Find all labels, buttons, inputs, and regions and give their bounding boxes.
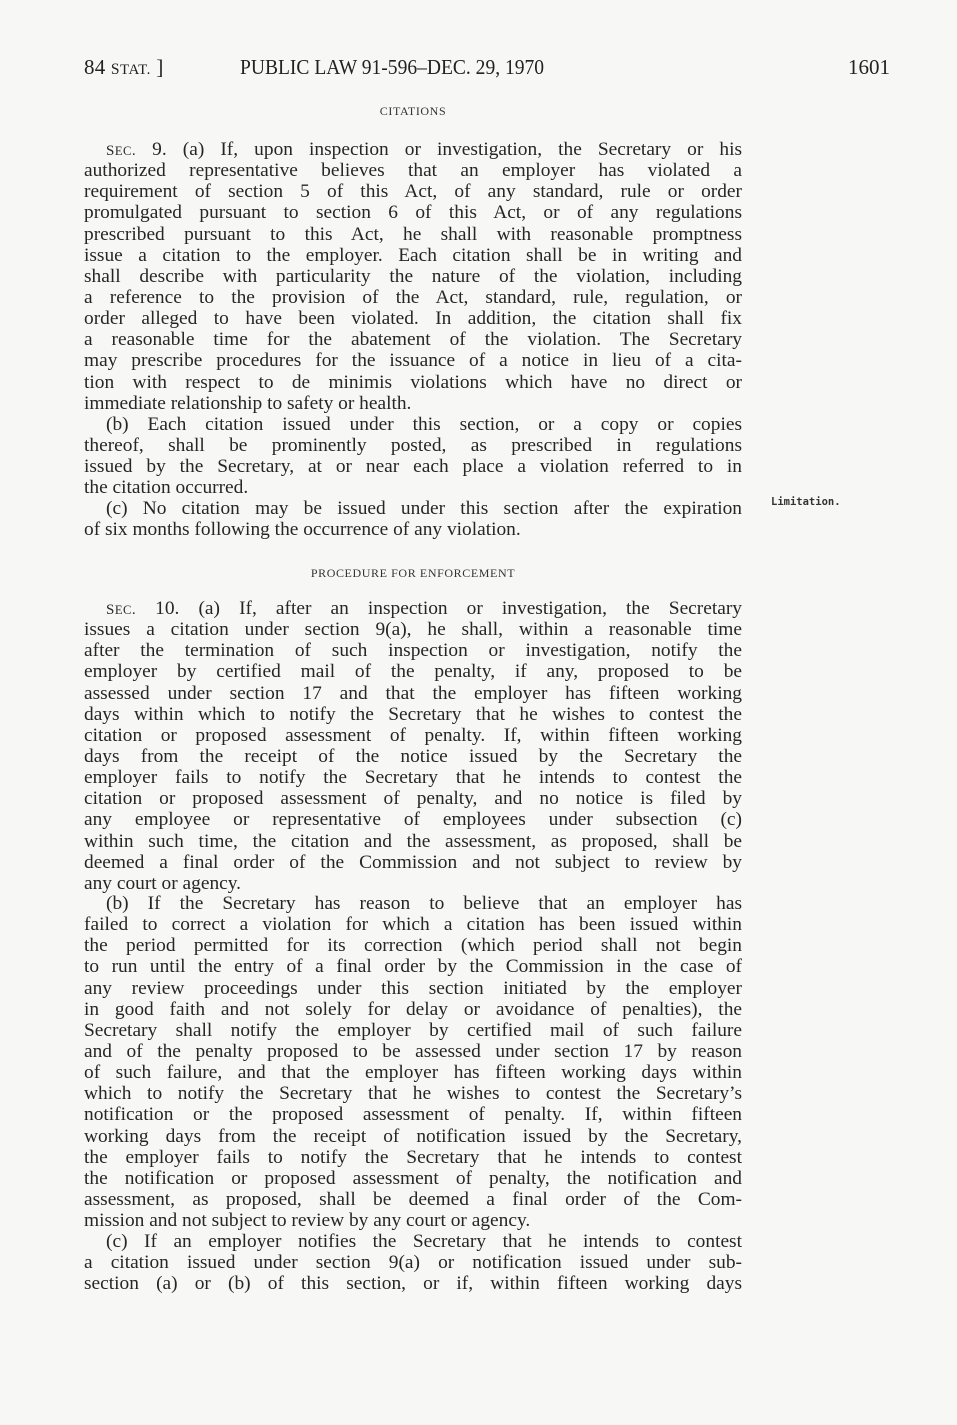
text-line: SEC. 10. (a) If, after an inspection or …: [84, 598, 742, 619]
text-line: thereof, shall be prominently posted, as…: [84, 435, 742, 456]
text-line: a citation issued under section 9(a) or …: [84, 1252, 742, 1273]
text-line: (b) If the Secretary has reason to belie…: [84, 893, 742, 914]
text-line: shall describe with particularity the na…: [84, 266, 742, 287]
text-line: after the termination of such inspection…: [84, 640, 742, 661]
section-10-paragraph-b: (b) If the Secretary has reason to belie…: [84, 893, 742, 1231]
text-line: notification or the proposed assessment …: [84, 1104, 742, 1125]
statute-abbrev: STAT.: [111, 61, 151, 78]
text-line: days from the receipt of the notice issu…: [84, 746, 742, 767]
section-heading-citations: CITATIONS: [84, 104, 742, 119]
section-9-paragraph-a: SEC. 9. (a) If, upon inspection or inves…: [84, 139, 742, 414]
text-line: any court or agency.: [84, 873, 742, 894]
text-line: deemed a final order of the Commission a…: [84, 852, 742, 873]
text-line: section (a) or (b) of this section, or i…: [84, 1273, 742, 1294]
text-line: employer by certified mail of the penalt…: [84, 661, 742, 682]
law-title: PUBLIC LAW 91-596–DEC. 29, 1970: [240, 55, 544, 80]
text-line: assessed under section 17 and that the e…: [84, 683, 742, 704]
text-line: the period permitted for its correction …: [84, 935, 742, 956]
text-line: authorized representative believes that …: [84, 160, 742, 181]
text-line: Secretary shall notify the employer by c…: [84, 1020, 742, 1041]
text-line: SEC. 9. (a) If, upon inspection or inves…: [84, 139, 742, 160]
text-line: the citation occurred.: [84, 477, 742, 498]
text-line: in good faith and not solely for delay o…: [84, 999, 742, 1020]
text-line: a reference to the provision of the Act,…: [84, 287, 742, 308]
text-line: issue a citation to the employer. Each c…: [84, 245, 742, 266]
running-header: 84 STAT. ] PUBLIC LAW 91-596–DEC. 29, 19…: [84, 55, 892, 85]
text-line: and of the penalty proposed to be assess…: [84, 1041, 742, 1062]
volume-number: 84: [84, 55, 105, 79]
text-line: issued by the Secretary, at or near each…: [84, 456, 742, 477]
text-line: order alleged to have been violated. In …: [84, 308, 742, 329]
text-line: (c) If an employer notifies the Secretar…: [84, 1231, 742, 1252]
text-line: employer fails to notify the Secretary t…: [84, 767, 742, 788]
text-line: the notification or proposed assessment …: [84, 1168, 742, 1189]
text-line: issues a citation under section 9(a), he…: [84, 619, 742, 640]
text-line: working days from the receipt of notific…: [84, 1126, 742, 1147]
text-line: assessment, as proposed, shall be deemed…: [84, 1189, 742, 1210]
statute-reference: 84 STAT. ]: [84, 55, 164, 80]
text-line: mission and not subject to review by any…: [84, 1210, 742, 1231]
text-line: of six months following the occurrence o…: [84, 519, 742, 540]
text-line: to run until the entry of a final order …: [84, 956, 742, 977]
text-line: prescribed pursuant to this Act, he shal…: [84, 224, 742, 245]
section-heading-procedure-for-enforcement: PROCEDURE FOR ENFORCEMENT: [84, 566, 742, 581]
text-line: (b) Each citation issued under this sect…: [84, 414, 742, 435]
text-line: days within which to notify the Secretar…: [84, 704, 742, 725]
text-line: (c) No citation may be issued under this…: [84, 498, 742, 519]
text-line: any employee or representative of employ…: [84, 809, 742, 830]
text-line: of such failure, and that the employer h…: [84, 1062, 742, 1083]
text-line: failed to correct a violation for which …: [84, 914, 742, 935]
bracket: ]: [156, 55, 163, 79]
page-number: 1601: [848, 55, 890, 80]
text-line: a reasonable time for the abatement of t…: [84, 329, 742, 350]
section-9-paragraph-c: (c) No citation may be issued under this…: [84, 498, 742, 540]
text-line: which to notify the Secretary that he wi…: [84, 1083, 742, 1104]
text-line: immediate relationship to safety or heal…: [84, 393, 742, 414]
text-line: requirement of section 5 of this Act, of…: [84, 181, 742, 202]
document-page: 84 STAT. ] PUBLIC LAW 91-596–DEC. 29, 19…: [0, 0, 957, 1425]
text-line: the employer fails to notify the Secreta…: [84, 1147, 742, 1168]
section-10-paragraph-a: SEC. 10. (a) If, after an inspection or …: [84, 598, 742, 894]
text-line: tion with respect to de minimis violatio…: [84, 372, 742, 393]
text-line: citation or proposed assessment of penal…: [84, 788, 742, 809]
margin-note-limitation: Limitation.: [771, 496, 841, 508]
text-line: promulgated pursuant to section 6 of thi…: [84, 202, 742, 223]
text-line: may prescribe procedures for the issuanc…: [84, 350, 742, 371]
text-line: within such time, the citation and the a…: [84, 831, 742, 852]
text-line: citation or proposed assessment of penal…: [84, 725, 742, 746]
section-10-paragraph-c: (c) If an employer notifies the Secretar…: [84, 1231, 742, 1294]
section-9-paragraph-b: (b) Each citation issued under this sect…: [84, 414, 742, 499]
text-line: any review proceedings under this sectio…: [84, 978, 742, 999]
